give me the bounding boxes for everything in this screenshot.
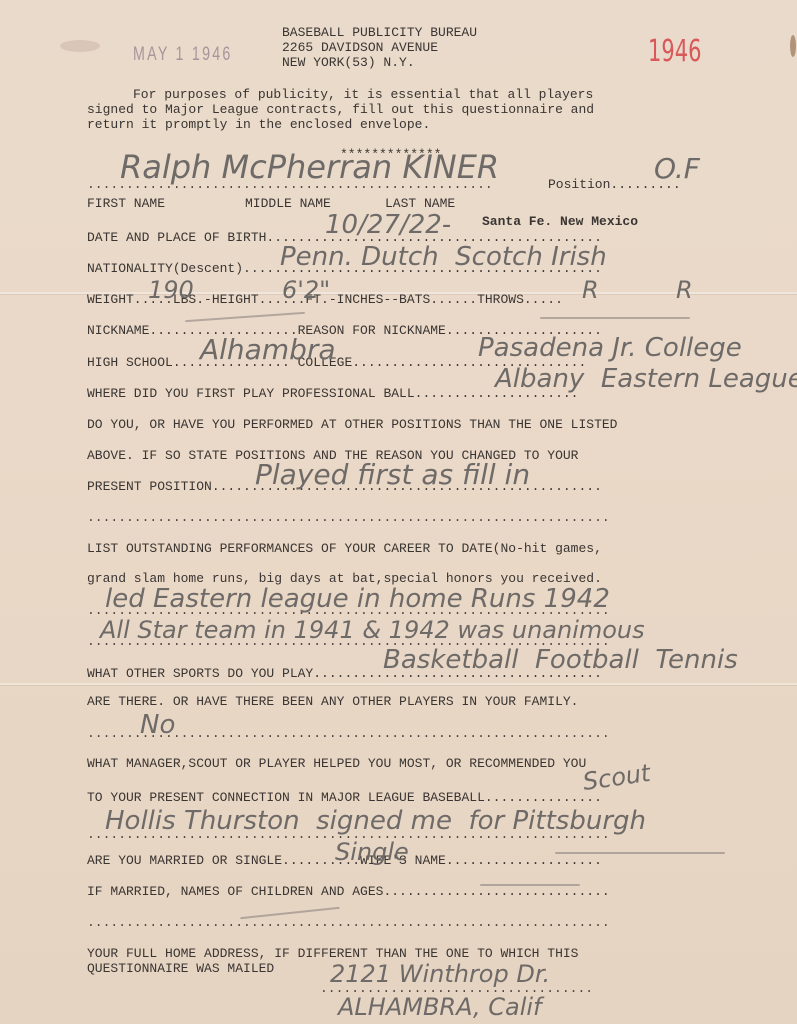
received-date-stamp: MAY 1 1946 (133, 44, 233, 66)
birth-date-value[interactable]: 10/27/22- (325, 210, 451, 240)
children-label: IF MARRIED, NAMES OF CHILDREN AND AGES..… (87, 884, 610, 899)
performances-line1: LIST OUTSTANDING PERFORMANCES OF YOUR CA… (87, 541, 602, 556)
pencil-strike (480, 884, 580, 886)
middle-name-label: MIDDLE NAME (245, 196, 331, 211)
address-line2: QUESTIONNAIRE WAS MAILED (87, 961, 274, 976)
first-pro-value[interactable]: Albany Eastern League (495, 364, 797, 394)
scout-value[interactable]: Scout (581, 759, 652, 796)
family-players-label: ARE THERE. OR HAVE THERE BEEN ANY OTHER … (87, 694, 578, 709)
height-value[interactable]: 6'2" (282, 276, 330, 304)
nationality-value[interactable]: Penn. Dutch Scotch Irish (280, 242, 607, 272)
performances-value2[interactable]: All Star team in 1941 & 1942 was unanimo… (100, 616, 645, 644)
pencil-strike (540, 317, 690, 319)
bats-value[interactable]: R (582, 276, 599, 304)
bureau-address-line1: 2265 DAVIDSON AVENUE (282, 40, 438, 55)
last-name-label: LAST NAME (385, 196, 455, 211)
intro-line3: return it promptly in the enclosed envel… (87, 117, 430, 132)
address-value-street[interactable]: 2121 Winthrop Dr. (330, 960, 550, 988)
address-line1: YOUR FULL HOME ADDRESS, IF DIFFERENT THA… (87, 946, 578, 961)
performances-value1[interactable]: led Eastern league in home Runs 1942 (105, 584, 610, 614)
other-positions-value[interactable]: Played first as fill in (255, 458, 530, 491)
stain (60, 40, 100, 52)
other-sports-value[interactable]: Basketball Football Tennis (383, 645, 738, 675)
stain (790, 35, 796, 57)
address-value-city[interactable]: ALHAMBRA, Calif (338, 993, 541, 1021)
children-dotted-line: ........................................… (87, 915, 610, 930)
bureau-address-line2: NEW YORK(53) N.Y. (282, 55, 415, 70)
other-positions-blank-line: ........................................… (87, 510, 610, 525)
birth-place-value[interactable]: Santa Fe. New Mexico (482, 214, 638, 229)
position-value[interactable]: O.F (654, 152, 700, 185)
family-players-value[interactable]: No (140, 710, 175, 740)
weight-value[interactable]: 190 (148, 276, 194, 304)
helped-line2: TO YOUR PRESENT CONNECTION IN MAJOR LEAG… (87, 790, 602, 805)
year-annotation: 1946 (648, 34, 701, 69)
questionnaire-page: MAY 1 1946 1946 BASEBALL PUBLICITY BUREA… (0, 0, 797, 1024)
helped-value[interactable]: Hollis Thurston signed me for Pittsburgh (105, 806, 646, 836)
paper-fold (0, 683, 797, 685)
pencil-strike (185, 312, 305, 322)
intro-line2: signed to Major League contracts, fill o… (87, 102, 594, 117)
throws-value[interactable]: R (676, 276, 693, 304)
helped-line1: WHAT MANAGER,SCOUT OR PLAYER HELPED YOU … (87, 756, 586, 771)
first-name-label: FIRST NAME (87, 196, 165, 211)
other-positions-line1: DO YOU, OR HAVE YOU PERFORMED AT OTHER P… (87, 417, 618, 432)
bureau-name: BASEBALL PUBLICITY BUREAU (282, 25, 477, 40)
marital-value[interactable]: Single (335, 838, 409, 866)
pencil-strike (555, 852, 725, 854)
high-school-value[interactable]: Alhambra (200, 333, 336, 366)
college-value[interactable]: Pasadena Jr. College (478, 333, 742, 363)
name-value[interactable]: Ralph McPherran KINER (120, 148, 499, 186)
intro-line1: For purposes of publicity, it is essenti… (133, 87, 593, 102)
